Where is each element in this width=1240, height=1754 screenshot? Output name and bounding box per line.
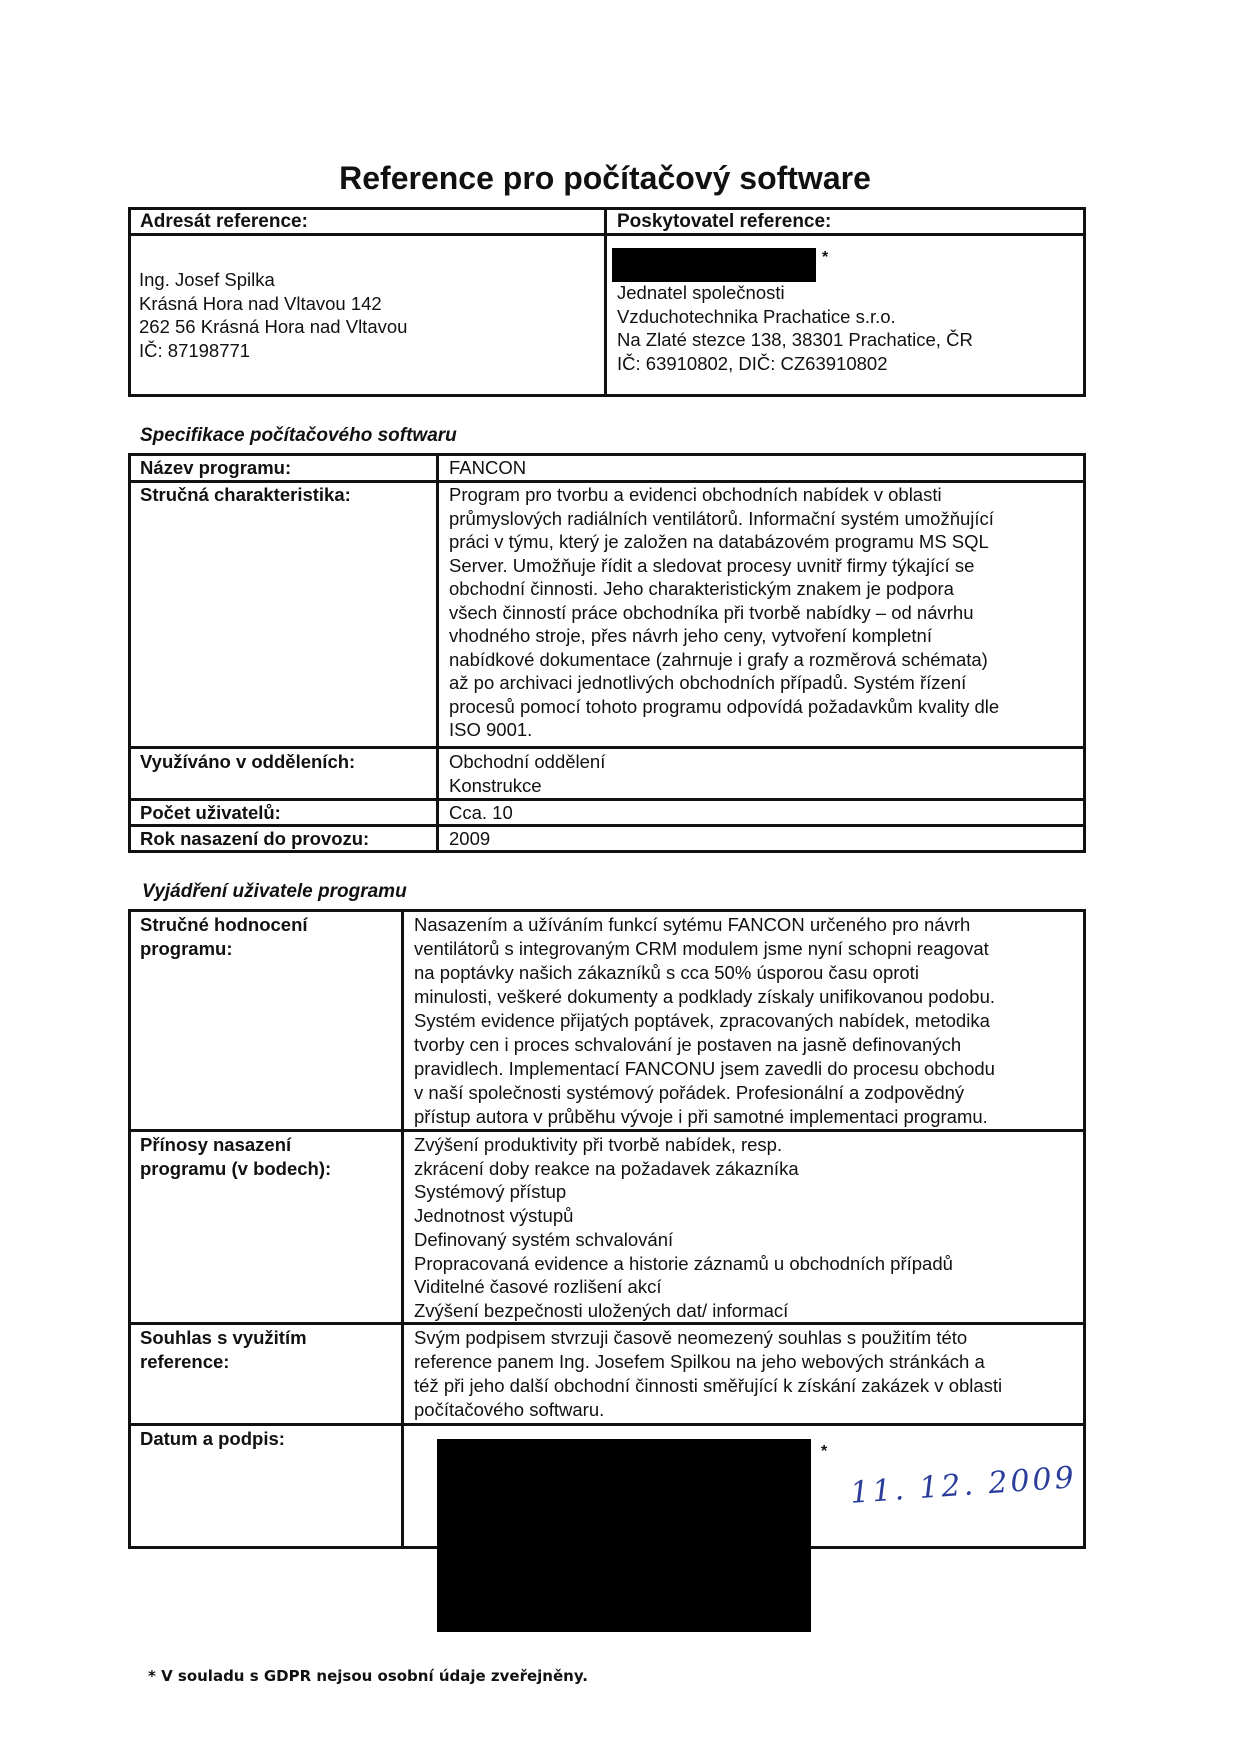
statement-value-benefits: Zvýšení produktivity při tvorbě nabídek,… — [404, 1133, 953, 1323]
provider-header: Poskytovatel reference: — [607, 210, 831, 234]
recipient-line: Krásná Hora nad Vltavou 142 — [139, 292, 407, 316]
spec-label-departments: Využíváno v odděleních: — [131, 750, 355, 774]
spec-value-departments: Obchodní oddělení Konstrukce — [439, 750, 605, 797]
provider-name-redaction — [612, 248, 816, 282]
spec-label-characteristics: Stručná charakteristika: — [131, 483, 351, 507]
statement-row-divider — [128, 1129, 1086, 1132]
signature-redaction — [437, 1439, 811, 1632]
statement-label-consent: Souhlas s využitím reference: — [131, 1326, 307, 1373]
signature-redaction-asterisk: * — [821, 1443, 827, 1461]
spec-value-user-count: Cca. 10 — [439, 801, 513, 825]
statement-value-consent: Svým podpisem stvrzuji časově neomezený … — [404, 1326, 1002, 1422]
provider-line: Vzduchotechnika Prachatice s.r.o. — [617, 305, 973, 329]
spec-row-divider — [128, 746, 1086, 749]
provider-address: Jednatel společnosti Vzduchotechnika Pra… — [607, 281, 973, 375]
recipient-line: Ing. Josef Spilka — [139, 268, 407, 292]
statement-label-benefits: Přínosy nasazení programu (v bodech): — [131, 1133, 331, 1180]
spec-label-user-count: Počet uživatelů: — [131, 801, 281, 825]
specification-heading: Specifikace počítačového softwaru — [140, 425, 457, 447]
provider-redaction-asterisk: * — [822, 249, 828, 267]
statement-value-evaluation: Nasazením a užíváním funkcí sytému FANCO… — [404, 913, 995, 1129]
recipient-header: Adresát reference: — [131, 210, 308, 234]
statement-label-evaluation: Stručné hodnocení programu: — [131, 913, 308, 960]
spec-value-deployment-year: 2009 — [439, 827, 490, 851]
spec-label-program-name: Název programu: — [131, 456, 291, 480]
spec-value-characteristics: Program pro tvorbu a evidenci obchodních… — [439, 483, 999, 742]
document-title: Reference pro počítačový software — [0, 160, 1210, 197]
recipient-line: 262 56 Krásná Hora nad Vltavou — [139, 315, 407, 339]
spec-label-deployment-year: Rok nasazení do provozu: — [131, 827, 369, 851]
provider-line: IČ: 63910802, DIČ: CZ63910802 — [617, 352, 973, 376]
provider-line: Na Zlaté stezce 138, 38301 Prachatice, Č… — [617, 328, 973, 352]
recipient-address: Ing. Josef Spilka Krásná Hora nad Vltavo… — [128, 268, 407, 362]
provider-line: Jednatel společnosti — [617, 281, 973, 305]
statement-label-date-signature: Datum a podpis: — [131, 1427, 285, 1451]
statement-row-divider — [128, 1423, 1086, 1426]
spec-value-program-name: FANCON — [439, 456, 526, 480]
recipient-line: IČ: 87198771 — [139, 339, 407, 363]
user-statement-heading: Vyjádření uživatele programu — [142, 881, 407, 903]
gdpr-footnote: * V souladu s GDPR nejsou osobní údaje z… — [148, 1667, 588, 1685]
